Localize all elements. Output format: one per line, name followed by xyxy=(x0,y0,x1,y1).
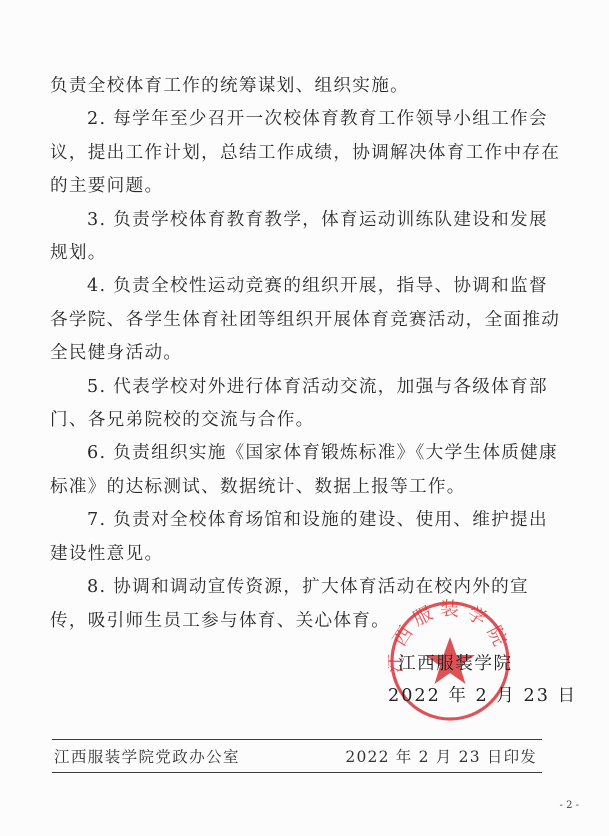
footer-top-divider xyxy=(52,739,542,740)
paragraph-item-6: 6. 负责组织实施《国家体育锻炼标准》《大学生体质健康标准》的达标测试、数据统计… xyxy=(50,437,562,504)
paragraph-item-3: 3. 负责学校体育教育教学，体育运动训练队建设和发展规划。 xyxy=(50,204,562,271)
footer-issuer: 江西服装学院党政办公室 xyxy=(54,745,240,767)
document-page: 负责全校体育工作的统筹谋划、组织实施。 2. 每学年至少召开一次校体育教育工作领… xyxy=(0,0,609,836)
signature-date: 2022 年 2 月 23 日 xyxy=(388,682,577,707)
paragraph-item-7: 7. 负责对全校体育场馆和设施的建设、使用、维护提出建设性意见。 xyxy=(50,504,562,571)
page-number: - 2 - xyxy=(560,800,579,811)
document-body: 负责全校体育工作的统筹谋划、组织实施。 2. 每学年至少召开一次校体育教育工作领… xyxy=(50,70,562,638)
paragraph-item-4: 4. 负责全校性运动竞赛的组织开展，指导、协调和监督各学院、各学生体育社团等组织… xyxy=(50,270,562,370)
footer-issue-date: 2022 年 2 月 23 日印发 xyxy=(345,745,537,767)
footer-bottom-divider xyxy=(52,772,542,773)
paragraph-1-continuation: 负责全校体育工作的统筹谋划、组织实施。 xyxy=(50,70,562,103)
paragraph-item-5: 5. 代表学校对外进行体育活动交流，加强与各级体育部门、各兄弟院校的交流与合作。 xyxy=(50,371,562,438)
signature-organization: 江西服装学院 xyxy=(398,650,513,675)
paragraph-item-2: 2. 每学年至少召开一次校体育教育工作领导小组工作会议，提出工作计划，总结工作成… xyxy=(50,103,562,203)
